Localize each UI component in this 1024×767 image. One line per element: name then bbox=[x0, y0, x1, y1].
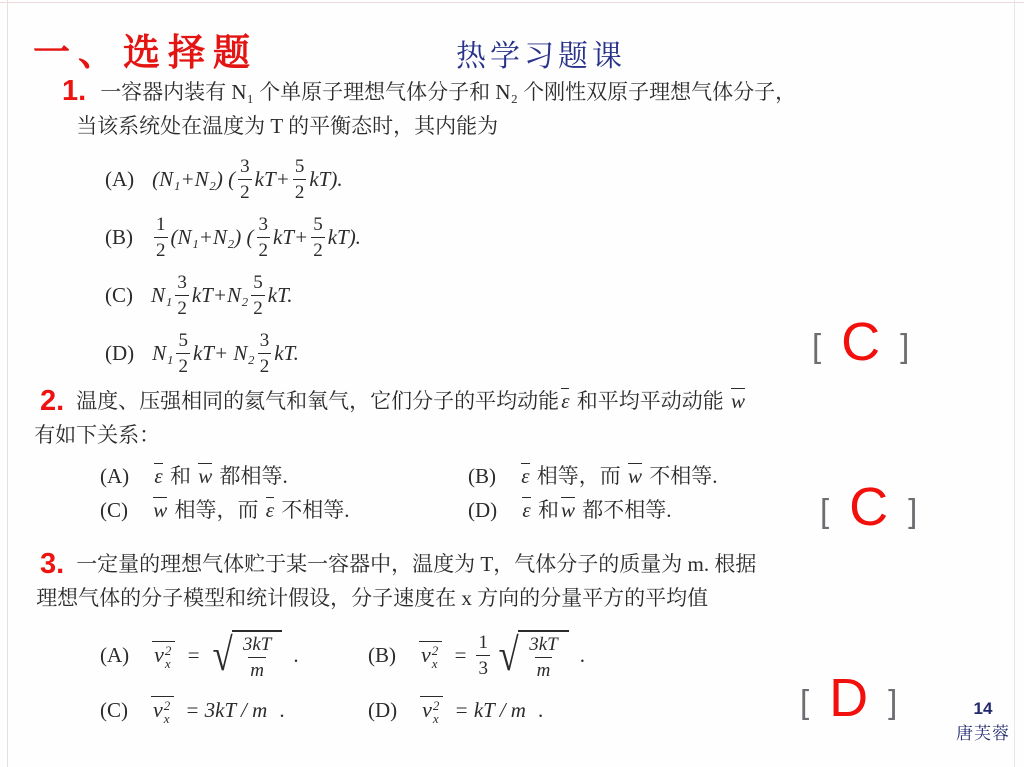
formula-text: (N₁+N₂) ( bbox=[171, 225, 254, 250]
fraction: 13 bbox=[476, 633, 490, 678]
option-1b: (B) 12 (N₁+N₂) ( 32 kT+ 52 kT). bbox=[105, 208, 361, 266]
option-3b-label: (B) bbox=[368, 643, 396, 668]
option-1b-label: (B) bbox=[105, 225, 133, 250]
symbol-bar: w bbox=[198, 463, 212, 487]
fraction: 52 bbox=[293, 157, 307, 202]
answer-3-letter: D bbox=[829, 674, 868, 723]
question-1-text: 一容器内装有 N₁ 个单原子理想气体分子和 N₂ 个刚性双原子理想气体分子， 当… bbox=[100, 76, 796, 143]
w-bar-symbol: w bbox=[731, 388, 745, 412]
option-2a-label: (A) bbox=[100, 464, 129, 488]
square-root: √3kTm bbox=[496, 630, 569, 680]
question-2-line1: 温度、压强相同的氦气和氧气，它们分子的平均动能ε 和平均平动动能 w bbox=[76, 385, 747, 419]
answer-3: [ D ] bbox=[800, 678, 897, 727]
option-3a-label: (A) bbox=[100, 643, 129, 668]
option-1a-label: (A) bbox=[105, 167, 134, 192]
question-2-number: 2. bbox=[40, 385, 64, 418]
fraction: 32 bbox=[238, 157, 252, 202]
question-2-line2: 有如下关系： bbox=[34, 419, 747, 453]
bracket-close: ] bbox=[900, 327, 909, 365]
fraction: 32 bbox=[257, 215, 271, 260]
option-1d-label: (D) bbox=[105, 341, 134, 366]
option-2b: (B) ε 相等，而 w 不相等. bbox=[468, 460, 888, 490]
question-1-number: 1. bbox=[62, 76, 86, 108]
question-3-options-row1: (A) v2x = √3kTm . (B) v2x = 13 √3kTm . bbox=[100, 620, 698, 690]
symbol-bar: ε bbox=[266, 497, 274, 521]
epsilon-bar-symbol: ε bbox=[561, 388, 569, 412]
formula-text: kT+ N₂ bbox=[193, 341, 255, 366]
question-3-number: 3. bbox=[40, 548, 64, 581]
question-1-line2: 当该系统处在温度为 T 的平衡态时，其内能为 bbox=[76, 110, 796, 144]
question-2-text: 温度、压强相同的氦气和氧气，它们分子的平均动能ε 和平均平动动能 w 有如下关系… bbox=[76, 385, 747, 452]
bracket-close: ] bbox=[908, 492, 917, 530]
fraction: 52 bbox=[251, 273, 265, 318]
symbol-bar: w bbox=[561, 497, 575, 521]
formula-text: kT. bbox=[274, 341, 299, 366]
option-3c: (C) v2x = 3kT / m . bbox=[100, 696, 368, 725]
question-3-text: 一定量的理想气体贮于某一容器中，温度为 T，气体分子的质量为 m. 根据 理想气… bbox=[76, 548, 756, 615]
fraction: 52 bbox=[311, 215, 325, 260]
option-2c: (C) w 相等，而 ε 不相等. bbox=[100, 494, 468, 524]
author-name: 唐芙蓉 bbox=[956, 719, 1010, 744]
question-3-options-row2: (C) v2x = 3kT / m . (D) v2x = kT / m . bbox=[100, 692, 698, 728]
option-1c: (C) N₁ 32 kT+N₂ 52 kT. bbox=[105, 266, 361, 324]
option-3c-label: (C) bbox=[100, 698, 128, 723]
option-2c-label: (C) bbox=[100, 498, 128, 522]
question-1: 1. 一容器内装有 N₁ 个单原子理想气体分子和 N₂ 个刚性双原子理想气体分子… bbox=[62, 76, 972, 143]
option-1a: (A) (N₁+N₂) ( 32 kT+ 52 kT). bbox=[105, 150, 361, 208]
bracket-open: [ bbox=[812, 327, 821, 365]
answer-2-letter: C bbox=[849, 483, 888, 532]
section-title: 一、选择题 bbox=[33, 22, 258, 76]
fraction: 12 bbox=[154, 215, 168, 260]
formula-text: kT+ bbox=[255, 167, 290, 192]
bracket-close: ] bbox=[888, 683, 897, 721]
slide-footer: 14 唐芙蓉 bbox=[956, 700, 1010, 744]
option-3a: (A) v2x = √3kTm . bbox=[100, 630, 368, 680]
formula-text: kT). bbox=[328, 225, 361, 250]
bracket-open: [ bbox=[820, 492, 829, 530]
option-3d: (D) v2x = kT / m . bbox=[368, 696, 698, 725]
option-3d-label: (D) bbox=[368, 698, 397, 723]
square-root: √3kTm bbox=[210, 630, 283, 680]
page-number: 14 bbox=[956, 700, 1010, 719]
symbol-bar: ε bbox=[154, 463, 162, 487]
question-3: 3. 一定量的理想气体贮于某一容器中，温度为 T，气体分子的质量为 m. 根据 … bbox=[40, 548, 980, 615]
question-3-line2: 理想气体的分子模型和统计假设，分子速度在 x 方向的分量平方的平均值 bbox=[36, 582, 756, 616]
v-x-squared-symbol: v2x bbox=[151, 696, 174, 725]
option-2a: (A) ε 和 w 都相等. bbox=[100, 460, 468, 490]
question-3-line1: 一定量的理想气体贮于某一容器中，温度为 T，气体分子的质量为 m. 根据 bbox=[76, 548, 756, 582]
v-x-squared-symbol: v2x bbox=[419, 641, 442, 670]
formula-text: N₁ bbox=[151, 283, 172, 308]
fraction: 32 bbox=[258, 331, 272, 376]
bracket-open: [ bbox=[800, 683, 809, 721]
slide-right-border bbox=[1014, 0, 1015, 767]
option-2b-label: (B) bbox=[468, 464, 496, 488]
fraction: 52 bbox=[176, 331, 190, 376]
question-1-options: (A) (N₁+N₂) ( 32 kT+ 52 kT). (B) 12 (N₁+… bbox=[105, 150, 361, 382]
answer-2: [ C ] bbox=[820, 487, 917, 536]
formula-text: kT. bbox=[268, 283, 293, 308]
answer-1: [ C ] bbox=[812, 322, 909, 371]
fraction: 32 bbox=[175, 273, 189, 318]
symbol-bar: ε bbox=[522, 497, 530, 521]
option-2d-label: (D) bbox=[468, 498, 497, 522]
question-2-options: (A) ε 和 w 都相等. (B) ε 相等，而 w 不相等. (C) w 相… bbox=[100, 458, 900, 526]
option-1c-label: (C) bbox=[105, 283, 133, 308]
symbol-bar: ε bbox=[521, 463, 529, 487]
answer-1-letter: C bbox=[841, 318, 880, 367]
formula-text: N₁ bbox=[152, 341, 173, 366]
slide-left-border bbox=[7, 0, 8, 767]
question-1-line1: 一容器内装有 N₁ 个单原子理想气体分子和 N₂ 个刚性双原子理想气体分子， bbox=[100, 76, 796, 110]
formula-text: kT+N₂ bbox=[192, 283, 248, 308]
formula-text: kT+ bbox=[273, 225, 308, 250]
symbol-bar: w bbox=[628, 463, 642, 487]
option-3b: (B) v2x = 13 √3kTm . bbox=[368, 630, 698, 680]
v-x-squared-symbol: v2x bbox=[152, 641, 175, 670]
formula-text: (N₁+N₂) ( bbox=[152, 167, 235, 192]
formula-text: kT). bbox=[309, 167, 342, 192]
symbol-bar: w bbox=[153, 497, 167, 521]
course-title: 热学习题课 bbox=[456, 31, 626, 75]
slide-top-border bbox=[0, 2, 1024, 3]
question-2: 2. 温度、压强相同的氦气和氧气，它们分子的平均动能ε 和平均平动动能 w 有如… bbox=[40, 385, 970, 452]
v-x-squared-symbol: v2x bbox=[420, 696, 443, 725]
option-1d: (D) N₁ 52 kT+ N₂ 32 kT. bbox=[105, 324, 361, 382]
